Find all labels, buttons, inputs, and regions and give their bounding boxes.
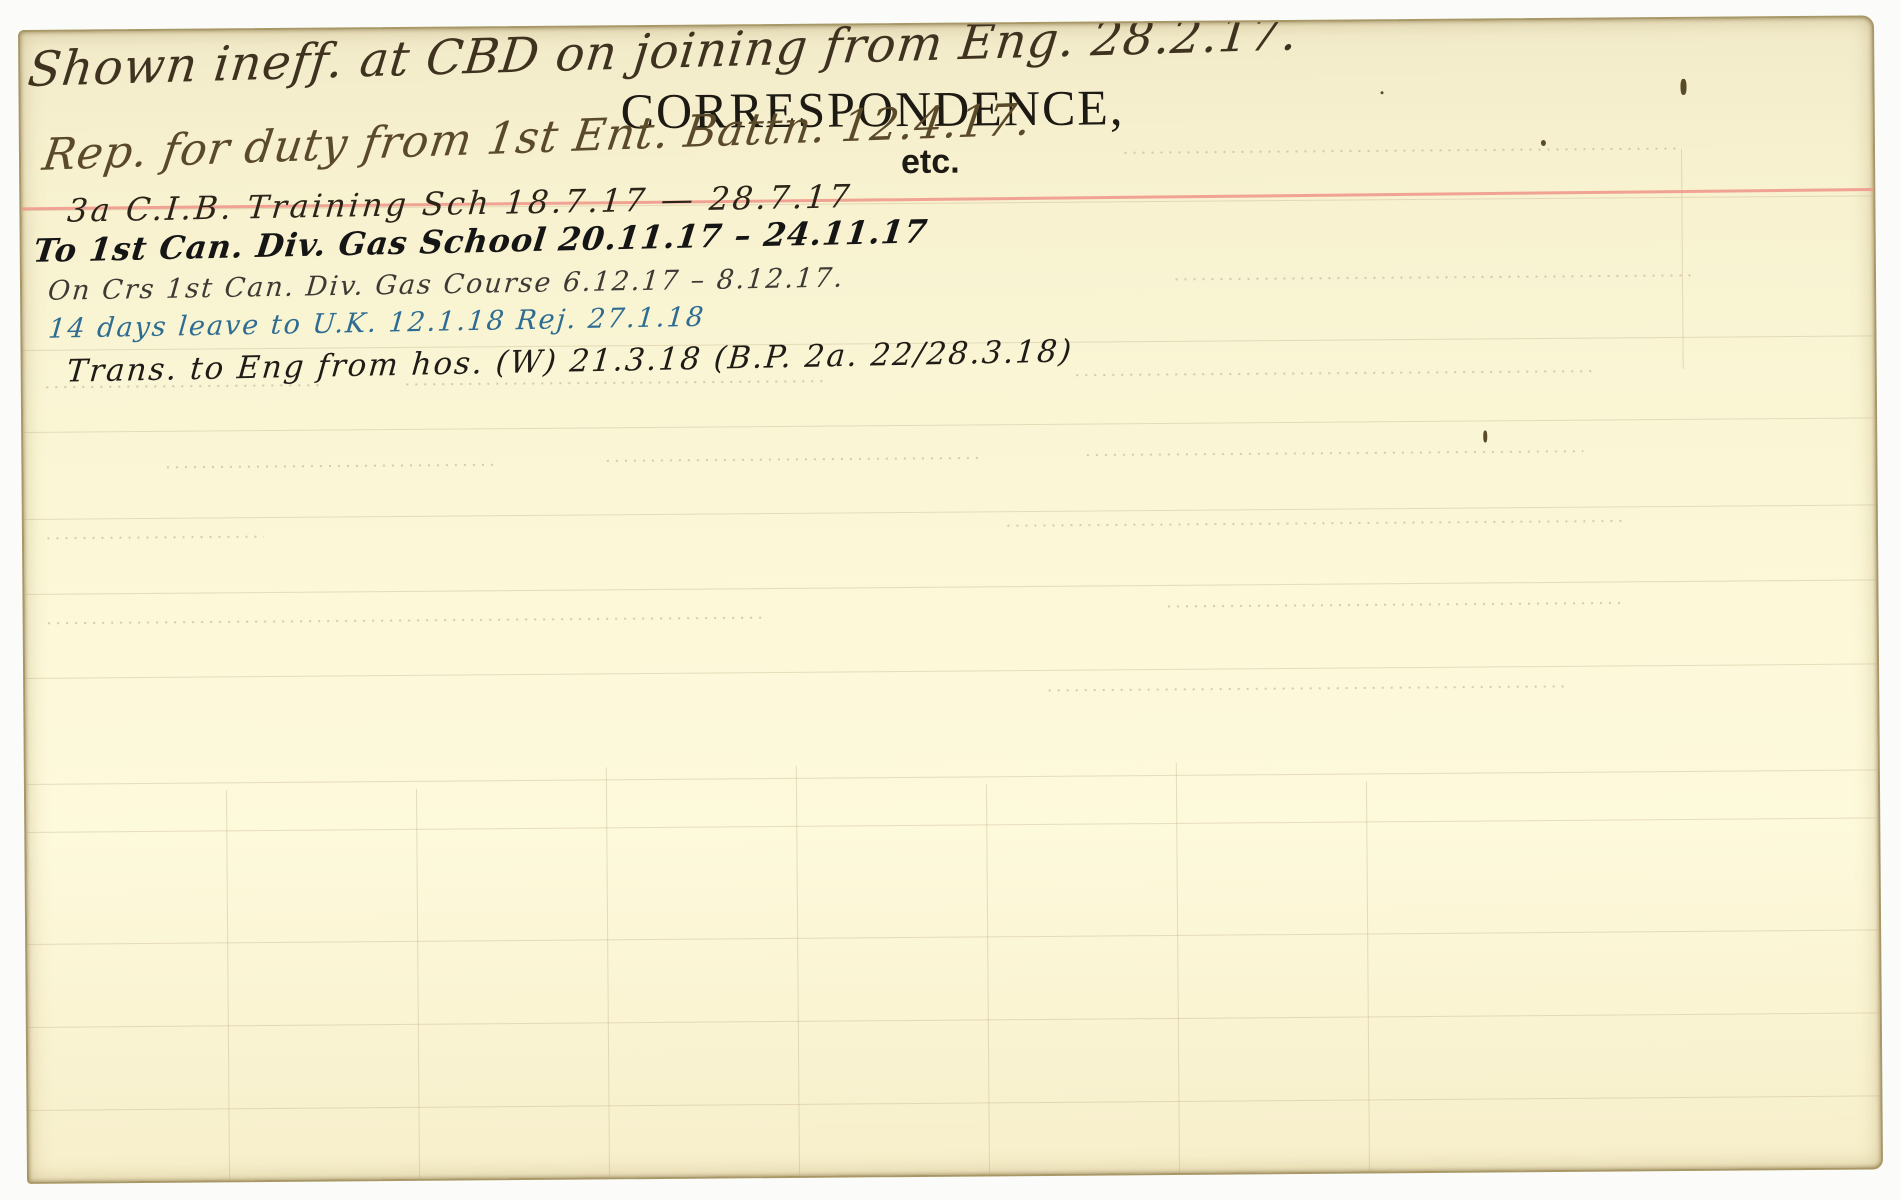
ghost-dotted-rule (1073, 370, 1593, 377)
ghost-rule (28, 1012, 1880, 1028)
ghost-rule (26, 769, 1878, 785)
ghost-dotted-rule (44, 535, 264, 540)
ghost-dotted-rule (163, 463, 493, 469)
handwritten-entry-5: On Crs 1st Can. Div. Gas Course 6.12.17 … (47, 263, 846, 307)
ghost-rule (25, 663, 1877, 679)
ghost-rule (24, 579, 1876, 595)
ghost-column-rule (1681, 149, 1684, 369)
ghost-rule (23, 417, 1875, 433)
ghost-column-rule (226, 790, 230, 1180)
ghost-dotted-rule (45, 616, 765, 625)
ghost-column-rule (606, 767, 610, 1177)
ghost-rule (24, 504, 1876, 520)
ghost-dotted-rule (1172, 274, 1692, 281)
ghost-column-rule (416, 789, 420, 1179)
ghost-dotted-rule (603, 456, 983, 462)
ghost-dotted-rule (1121, 147, 1681, 154)
handwritten-entry-6: 14 days leave to U.K. 12.1.18 Rej. 27.1.… (47, 302, 707, 345)
ghost-column-rule (986, 784, 990, 1174)
ghost-dotted-rule (1004, 519, 1624, 527)
ghost-rule (26, 817, 1878, 833)
ghost-dotted-rule (1045, 685, 1565, 692)
record-card: CORRESPONDENCE, etc. Shown ineff. at CBD… (18, 15, 1883, 1184)
ghost-rule (28, 1095, 1880, 1111)
ink-speck (1381, 91, 1384, 94)
ghost-dotted-rule (1165, 601, 1625, 608)
ghost-column-rule (796, 766, 800, 1176)
ink-speck (1541, 140, 1546, 146)
ink-speck (1680, 79, 1686, 95)
handwritten-entry-2: Rep. for duty from 1st Ent. Battn. 12.4.… (39, 94, 1035, 181)
ink-speck (1483, 430, 1487, 442)
ghost-rule (27, 929, 1879, 945)
ghost-column-rule (1366, 781, 1370, 1171)
ghost-dotted-rule (1083, 450, 1583, 457)
ghost-column-rule (1176, 763, 1180, 1173)
